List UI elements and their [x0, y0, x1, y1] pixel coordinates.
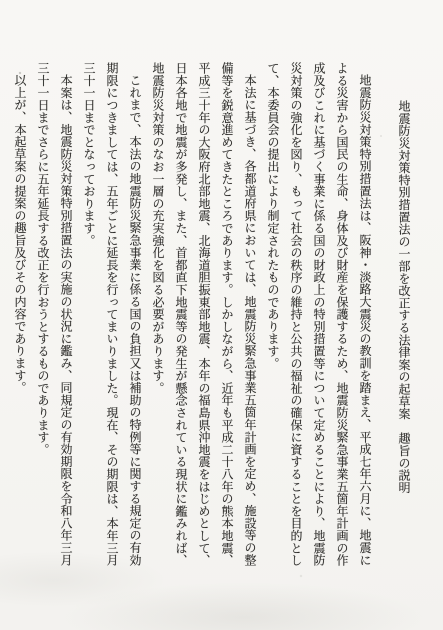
paragraph-closing: 以上が、本起草案の提案の趣旨及びその内容であります。 [8, 62, 31, 568]
paragraph-purpose-of-law: 地震防災対策特別措置法は、阪神・淡路大震災の教訓を踏まえ、平成七年六月に、地震に… [261, 62, 376, 568]
paragraph-proposed-amendment: 本案は、地震防災対策特別措置法の実施の状況に鑑み、同規定の有効期限を令和八年三月… [31, 62, 77, 568]
document-title: 地震防災対策特別措置法の一部を改正する法律案の起草案 趣旨の説明 [392, 62, 415, 568]
paragraph-deadline-history: これまで、本法の地震防災緊急事業に係る国の負担又は補助の特例等に関する規定の有効… [77, 62, 146, 568]
vertical-text-block: 地震防災対策特別措置法の一部を改正する法律案の起草案 趣旨の説明 地震防災対策特… [8, 62, 415, 568]
paragraph-current-situation: 本法に基づき、各都道府県においては、地震防災緊急事業五箇年計画を定め、施設等の整… [146, 62, 261, 568]
scanned-document-page: 地震防災対策特別措置法の一部を改正する法律案の起草案 趣旨の説明 地震防災対策特… [0, 0, 443, 630]
